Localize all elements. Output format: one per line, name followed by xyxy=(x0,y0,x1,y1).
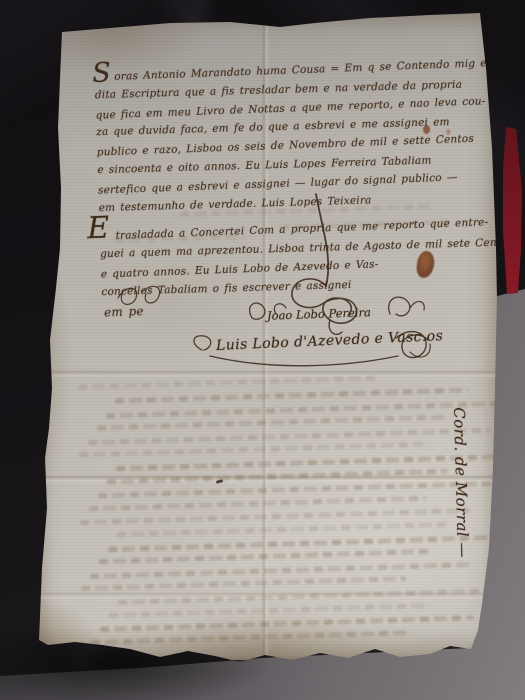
handwritten-text-block: S oras Antonio Marandato huma Cousa = Em… xyxy=(94,56,450,321)
manuscript-paper: S oras Antonio Marandato huma Cousa = Em… xyxy=(30,8,500,660)
photo-of-manuscript: S oras Antonio Marandato huma Cousa = Em… xyxy=(0,0,525,700)
paragraph-2: E trasladada a Concertei Com a propria q… xyxy=(99,216,450,321)
small-rust-dot xyxy=(423,125,430,134)
paragraph-1: S oras Antonio Marandato huma Cousa = Em… xyxy=(94,56,447,218)
